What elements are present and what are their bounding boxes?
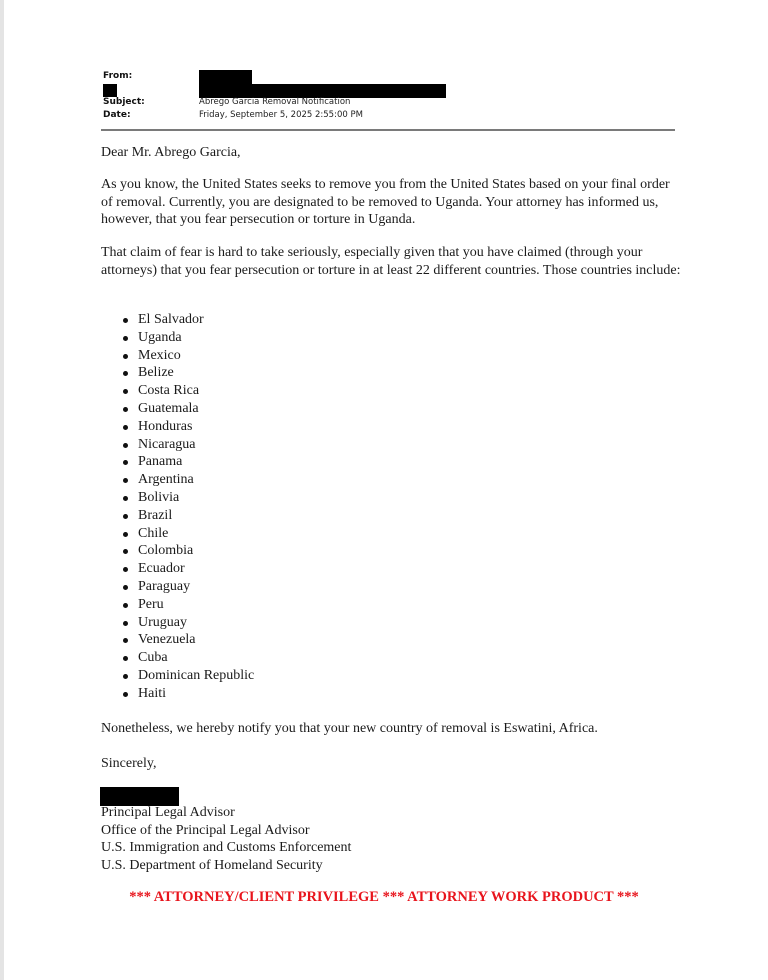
list-item: Venezuela [120, 631, 254, 649]
list-item: Uruguay [120, 614, 254, 632]
signature-line: Principal Legal Advisor [101, 804, 351, 822]
country-list: El SalvadorUgandaMexicoBelizeCosta RicaG… [120, 311, 254, 703]
country-name: Costa Rica [138, 383, 199, 398]
bullet-icon [123, 621, 128, 626]
country-name: El Salvador [138, 312, 204, 327]
country-name: Peru [138, 597, 164, 612]
subject-label: Subject: [103, 97, 145, 107]
country-name: Colombia [138, 543, 193, 558]
bullet-icon [123, 692, 128, 697]
bullet-icon [123, 656, 128, 661]
bullet-icon [123, 318, 128, 323]
bullet-icon [123, 549, 128, 554]
bullet-icon [123, 478, 128, 483]
bullet-icon [123, 443, 128, 448]
country-name: Chile [138, 526, 168, 541]
paragraph-1: As you know, the United States seeks to … [101, 176, 681, 229]
bullet-icon [123, 460, 128, 465]
bullet-icon [123, 496, 128, 501]
list-item: Mexico [120, 347, 254, 365]
country-name: Uruguay [138, 615, 187, 630]
country-name: Paraguay [138, 579, 190, 594]
to-label-redaction [103, 84, 117, 97]
subject-value: Abrego Garcia Removal Notification [199, 97, 350, 107]
signature-line: U.S. Immigration and Customs Enforcement [101, 839, 351, 857]
list-item: Ecuador [120, 560, 254, 578]
list-item: Nicaragua [120, 436, 254, 454]
list-item: Brazil [120, 507, 254, 525]
list-item: Cuba [120, 649, 254, 667]
list-item: Colombia [120, 542, 254, 560]
list-item: El Salvador [120, 311, 254, 329]
list-item: Peru [120, 596, 254, 614]
country-name: Uganda [138, 330, 182, 345]
list-item: Guatemala [120, 400, 254, 418]
bullet-icon [123, 371, 128, 376]
privilege-notice: *** ATTORNEY/CLIENT PRIVILEGE *** ATTORN… [0, 889, 768, 906]
bullet-icon [123, 407, 128, 412]
bullet-icon [123, 603, 128, 608]
list-item: Haiti [120, 685, 254, 703]
list-item: Panama [120, 453, 254, 471]
signature-block: Principal Legal AdvisorOffice of the Pri… [101, 804, 351, 874]
paragraph-1-text: As you know, the United States seeks to … [101, 176, 681, 229]
date-value: Friday, September 5, 2025 2:55:00 PM [199, 110, 363, 120]
country-name: Nicaragua [138, 437, 196, 452]
country-name: Mexico [138, 348, 181, 363]
to-redaction [199, 84, 446, 98]
country-name: Belize [138, 365, 174, 380]
salutation: Dear Mr. Abrego Garcia, [101, 144, 681, 162]
date-label: Date: [103, 110, 131, 120]
list-item: Costa Rica [120, 382, 254, 400]
list-item: Honduras [120, 418, 254, 436]
bullet-icon [123, 585, 128, 590]
list-item: Belize [120, 364, 254, 382]
bullet-icon [123, 336, 128, 341]
bullet-icon [123, 638, 128, 643]
list-item: Argentina [120, 471, 254, 489]
from-label: From: [103, 71, 132, 81]
bullet-icon [123, 354, 128, 359]
country-name: Honduras [138, 419, 192, 434]
bullet-icon [123, 674, 128, 679]
country-name: Panama [138, 454, 182, 469]
closing: Sincerely, [101, 755, 681, 773]
list-item: Uganda [120, 329, 254, 347]
list-item: Dominican Republic [120, 667, 254, 685]
bullet-icon [123, 514, 128, 519]
country-name: Guatemala [138, 401, 199, 416]
paragraph-3: Nonetheless, we hereby notify you that y… [101, 720, 681, 738]
country-name: Venezuela [138, 632, 196, 647]
list-item: Paraguay [120, 578, 254, 596]
paragraph-2-text: That claim of fear is hard to take serio… [101, 244, 681, 279]
country-name: Argentina [138, 472, 194, 487]
country-name: Dominican Republic [138, 668, 254, 683]
country-name: Ecuador [138, 561, 185, 576]
signature-line: U.S. Department of Homeland Security [101, 857, 351, 875]
bullet-icon [123, 567, 128, 572]
page-edge [0, 0, 4, 980]
list-item: Chile [120, 525, 254, 543]
country-name: Cuba [138, 650, 168, 665]
header-divider [101, 129, 675, 131]
country-name: Bolivia [138, 490, 179, 505]
list-item: Bolivia [120, 489, 254, 507]
country-name: Haiti [138, 686, 166, 701]
bullet-icon [123, 425, 128, 430]
paragraph-2: That claim of fear is hard to take serio… [101, 244, 681, 279]
from-redaction [199, 70, 252, 84]
signature-line: Office of the Principal Legal Advisor [101, 822, 351, 840]
bullet-icon [123, 389, 128, 394]
country-name: Brazil [138, 508, 172, 523]
bullet-icon [123, 532, 128, 537]
